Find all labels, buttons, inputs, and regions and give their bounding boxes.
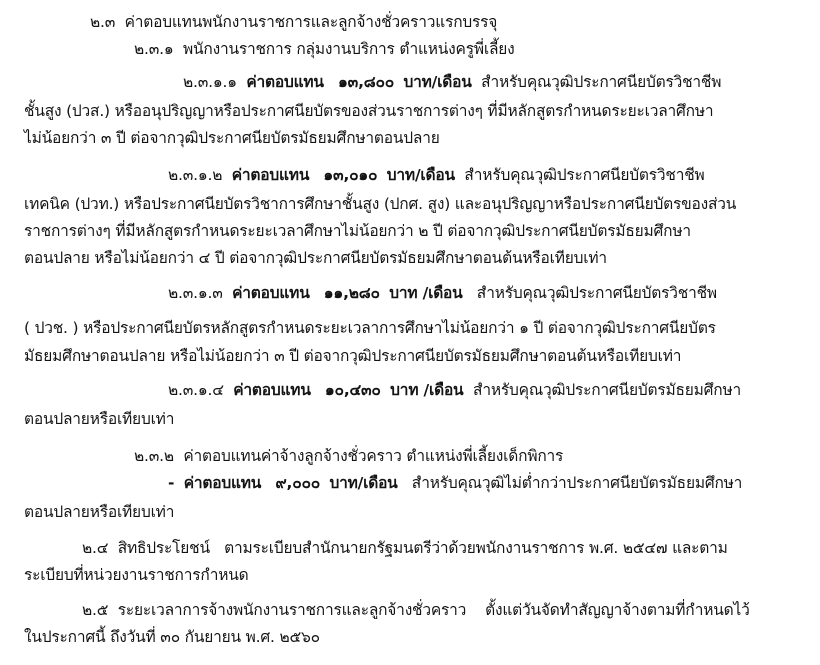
item-number: ๒.๓.๑.๔ (168, 381, 224, 399)
item-2-3-1-1-line-3: ไม่น้อยกว่า ๓ ปี ต่อจากวุฒิประกาศนียบัตร… (24, 128, 440, 148)
item-2-3-1-4-line-2: ตอนปลายหรือเทียบเท่า (24, 409, 174, 429)
pay-unit: บาท /เดือน (389, 284, 462, 302)
pay-label: ค่าตอบแทน (232, 166, 310, 184)
item-2-3-1-2-lead: ๒.๓.๑.๒ ค่าตอบแทน ๑๓,๐๑๐ บาท/เดือน สำหรั… (168, 165, 705, 185)
item-2-3-1-3-line-2: ( ปวช. ) หรือประกาศนียบัตรหลักสูตรกำหนดร… (24, 318, 716, 338)
section-title: ระยะเวลาการจ้างพนักงานราชการและลูกจ้างชั… (118, 601, 466, 619)
document-page: ๒.๓ ค่าตอบแทนพนักงานราชการและลูกจ้างชั่ว… (0, 0, 820, 665)
pay-label: ค่าตอบแทน (232, 284, 310, 302)
section-text: ตามระเบียบสำนักนายกรัฐมนตรีว่าด้วยพนักงา… (224, 539, 728, 557)
section-title: สิทธิประโยชน์ (118, 539, 210, 557)
item-number: ๒.๓.๑.๒ (168, 166, 222, 184)
section-2-5-lead: ๒.๕ ระยะเวลาการจ้างพนักงานราชการและลูกจ้… (82, 600, 750, 620)
pay-amount: ๑๐,๔๓๐ (325, 381, 381, 399)
item-2-3-1-4-lead: ๒.๓.๑.๔ ค่าตอบแทน ๑๐,๔๓๐ บาท /เดือน สำหร… (168, 380, 741, 400)
item-2-3-1-1-lead: ๒.๓.๑.๑ ค่าตอบแทน ๑๓,๘๐๐ บาท/เดือน สำหรั… (183, 72, 721, 92)
pay-amount: ๑๓,๐๑๐ (323, 166, 377, 184)
item-text: สำหรับคุณวุฒิไม่ต่ำกว่าประกาศนียบัตรมัธย… (412, 474, 742, 492)
section-2-3-2-line-2: ตอนปลายหรือเทียบเท่า (24, 502, 174, 522)
section-2-3-2-heading: ๒.๓.๒ ค่าตอบแทนค่าจ้างลูกจ้างชั่วคราว ตำ… (134, 446, 563, 466)
section-2-5-line-2: ในประกาศนี้ ถึงวันที่ ๓๐ กันยายน พ.ศ. ๒๕… (24, 627, 320, 647)
section-number: ๒.๓.๑ (134, 40, 174, 58)
section-number: ๒.๓ (90, 13, 115, 31)
item-2-3-1-1-line-2: ชั้นสูง (ปวส.) หรืออนุปริญญาหรือประกาศนี… (24, 101, 713, 121)
item-number: ๒.๓.๑.๓ (168, 284, 223, 302)
pay-unit: บาท /เดือน (390, 381, 463, 399)
section-2-3-1-heading: ๒.๓.๑ พนักงานราชการ กลุ่มงานบริการ ตำแหน… (134, 39, 515, 59)
section-text: ตั้งแต่วันจัดทำสัญญาจ้างตามที่กำหนดไว้ (485, 601, 749, 619)
section-2-4-line-2: ระเบียบที่หน่วยงานราชการกำหนด (24, 565, 249, 585)
item-2-3-1-3-line-3: มัธยมศึกษาตอนปลาย หรือไม่น้อยกว่า ๓ ปี ต… (24, 346, 681, 366)
section-2-4-lead: ๒.๔ สิทธิประโยชน์ ตามระเบียบสำนักนายกรัฐ… (82, 538, 728, 558)
pay-amount: ๙,๐๐๐ (275, 474, 320, 492)
section-number: ๒.๕ (82, 601, 108, 619)
item-2-3-1-3-lead: ๒.๓.๑.๓ ค่าตอบแทน ๑๑,๒๘๐ บาท /เดือน สำหร… (168, 283, 717, 303)
pay-unit: บาท/เดือน (329, 474, 397, 492)
pay-amount: ๑๓,๘๐๐ (338, 73, 394, 91)
pay-amount: ๑๑,๒๘๐ (324, 284, 380, 302)
bullet-dash: - (168, 474, 174, 492)
item-text: สำหรับคุณวุฒิประกาศนียบัตรวิชาชีพ (481, 73, 721, 91)
item-2-3-1-2-line-4: ตอนปลาย หรือไม่น้อยกว่า ๔ ปี ต่อจากวุฒิป… (24, 248, 607, 268)
section-title: พนักงานราชการ กลุ่มงานบริการ ตำแหน่งครูพ… (183, 40, 515, 58)
pay-unit: บาท/เดือน (404, 73, 472, 91)
item-text: สำหรับคุณวุฒิประกาศนียบัตรมัธยมศึกษา (473, 381, 741, 399)
section-title: ค่าตอบแทนค่าจ้างลูกจ้างชั่วคราว ตำแหน่งพ… (183, 447, 563, 465)
item-text: สำหรับคุณวุฒิประกาศนียบัตรวิชาชีพ (477, 284, 717, 302)
pay-label: ค่าตอบแทน (184, 474, 262, 492)
item-text: สำหรับคุณวุฒิประกาศนียบัตรวิชาชีพ (464, 166, 704, 184)
item-2-3-1-2-line-2: เทคนิค (ปวท.) หรือประกาศนียบัตรวิชาการศึ… (24, 194, 736, 214)
section-2-3-2-pay-lead: - ค่าตอบแทน ๙,๐๐๐ บาท/เดือน สำหรับคุณวุฒ… (168, 473, 742, 493)
section-2-3-heading: ๒.๓ ค่าตอบแทนพนักงานราชการและลูกจ้างชั่ว… (90, 12, 497, 32)
pay-label: ค่าตอบแทน (233, 381, 311, 399)
pay-label: ค่าตอบแทน (246, 73, 324, 91)
section-number: ๒.๓.๒ (134, 447, 174, 465)
item-2-3-1-2-line-3: ราชการต่างๆ ที่มีหลักสูตรกำหนดระยะเวลาศึ… (24, 221, 691, 241)
item-number: ๒.๓.๑.๑ (183, 73, 237, 91)
pay-unit: บาท/เดือน (387, 166, 455, 184)
section-number: ๒.๔ (82, 539, 108, 557)
section-title: ค่าตอบแทนพนักงานราชการและลูกจ้างชั่วคราว… (125, 13, 498, 31)
